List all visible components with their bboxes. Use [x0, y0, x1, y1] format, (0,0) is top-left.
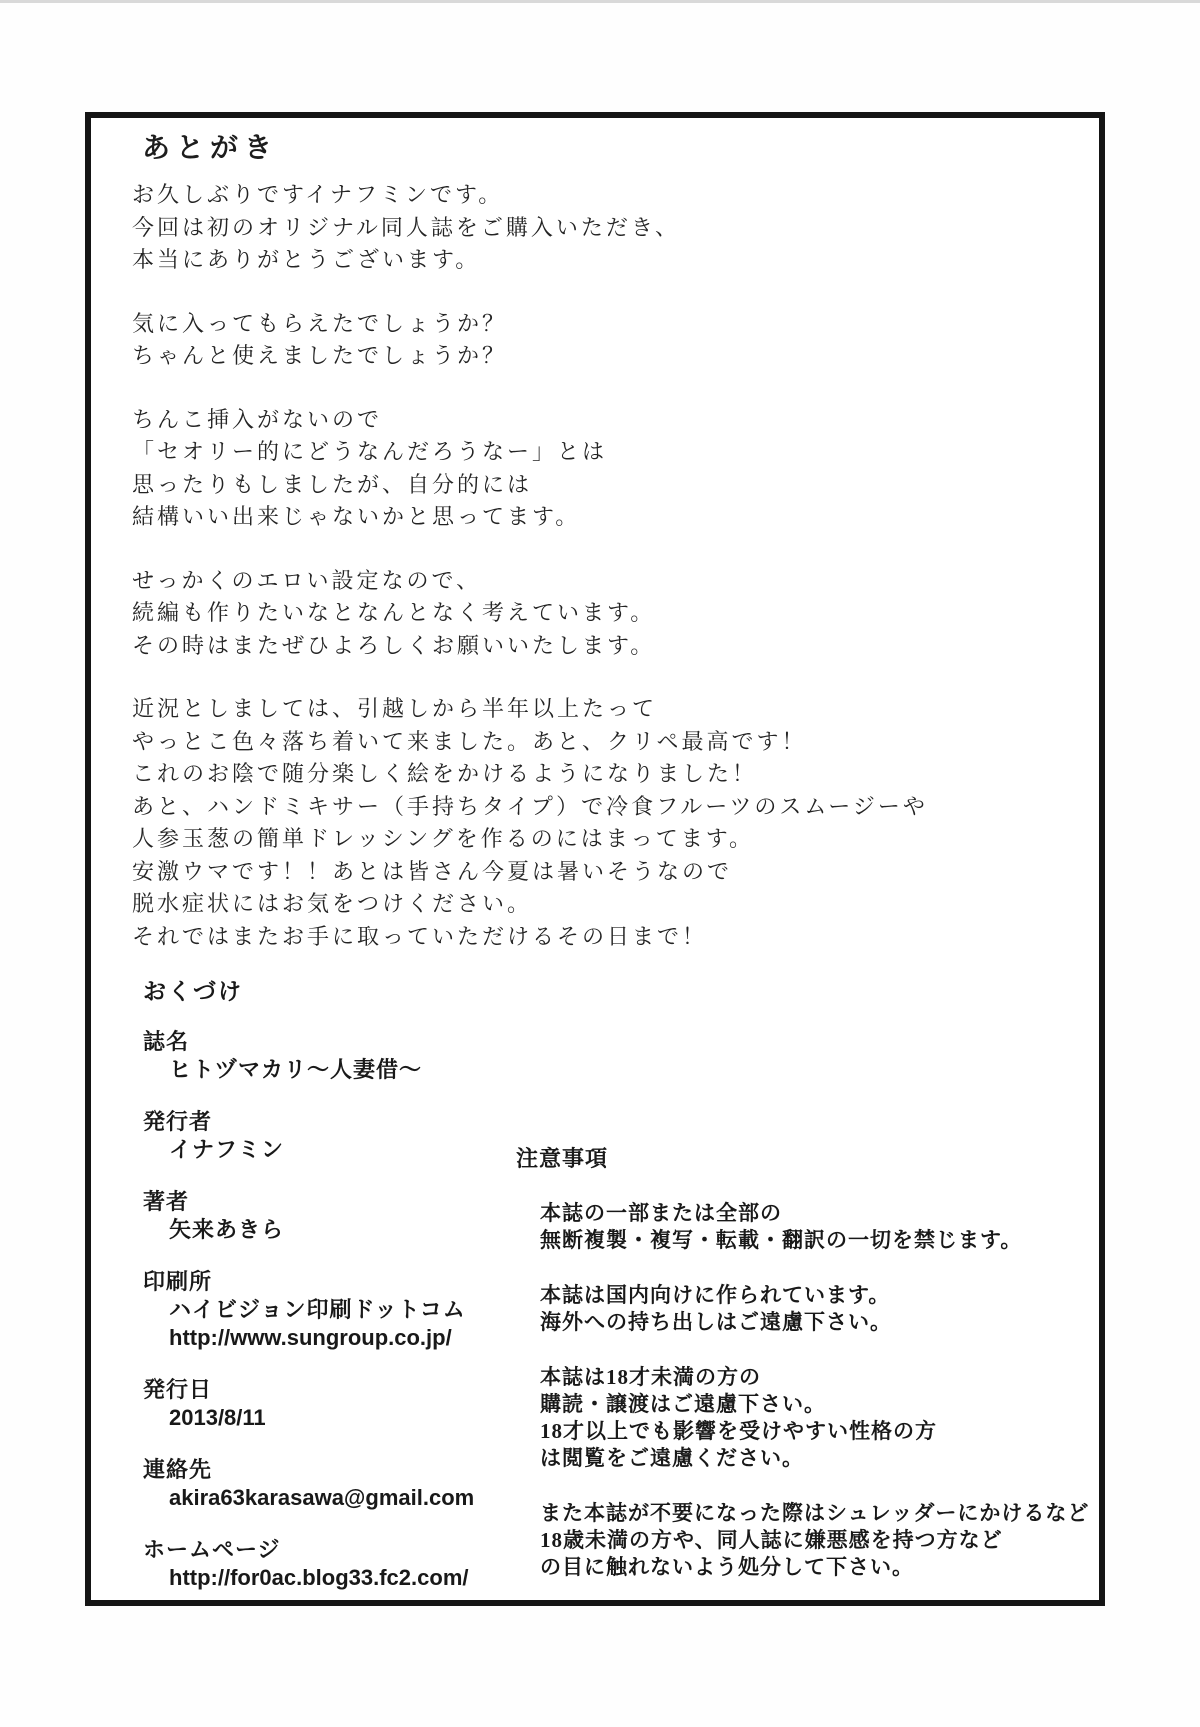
text-line: 海外への持ち出しはご遠慮下さい。	[540, 1309, 1089, 1336]
text-line: ちんこ挿入がないので	[132, 405, 928, 438]
text-line: 「セオリー的にどうなんだろうなー」とは	[132, 437, 928, 470]
paragraph: お久しぶりですイナフミンです。今回は初のオリジナル同人誌をご購入いただき、本当に…	[132, 180, 928, 278]
text-line: 近況としましては、引越しから半年以上たって	[132, 694, 928, 727]
colophon-entry: ホームページhttp://for0ac.blog33.fc2.com/	[143, 1536, 474, 1592]
text-line: 続編も作りたいなとなんとなく考えています。	[132, 598, 928, 631]
colophon-label: 著者	[143, 1188, 474, 1216]
colophon-value: ハイビジョン印刷ドットコム	[169, 1296, 474, 1324]
paragraph: 近況としましては、引越しから半年以上たってやっとこ色々落ち着いて来ました。あと、…	[132, 694, 928, 954]
colophon-label: ホームページ	[143, 1536, 474, 1564]
notices-body: 本誌の一部または全部の無断複製・複写・転載・翻訳の一切を禁じます。本誌は国内向け…	[516, 1200, 1089, 1581]
colophon-entry: 発行日2013/8/11	[143, 1376, 474, 1432]
notices-section: 注意事項 本誌の一部または全部の無断複製・複写・転載・翻訳の一切を禁じます。本誌…	[516, 1145, 1089, 1609]
colophon-label: 発行者	[143, 1108, 474, 1136]
colophon-entry: 連絡先akira63karasawa@gmail.com	[143, 1456, 474, 1512]
paragraph: ちんこ挿入がないので「セオリー的にどうなんだろうなー」とは思ったりもしましたが、…	[132, 405, 928, 535]
text-line: これのお陰で随分楽しく絵をかけるようになりました！	[132, 759, 928, 792]
text-line: ちゃんと使えましたでしょうか？	[132, 341, 928, 374]
text-line: 購読・譲渡はご遠慮下さい。	[540, 1391, 1089, 1418]
paragraph: 本誌の一部または全部の無断複製・複写・転載・翻訳の一切を禁じます。	[540, 1200, 1089, 1254]
text-line: 本当にありがとうございます。	[132, 245, 928, 278]
text-line: せっかくのエロい設定なので、	[132, 566, 928, 599]
paragraph: 本誌は国内向けに作られています。海外への持ち出しはご遠慮下さい。	[540, 1282, 1089, 1336]
text-line: の目に触れないよう処分して下さい。	[540, 1554, 1089, 1581]
paragraph: せっかくのエロい設定なので、続編も作りたいなとなんとなく考えています。その時はま…	[132, 566, 928, 664]
page-frame: あとがき お久しぶりですイナフミンです。今回は初のオリジナル同人誌をご購入いただ…	[85, 112, 1105, 1606]
text-line: 18才以上でも影響を受けやすい性格の方	[540, 1418, 1089, 1445]
text-line: 人参玉葱の簡単ドレッシングを作るのにはまってます。	[132, 824, 928, 857]
text-line: 本誌は18才未満の方の	[540, 1364, 1089, 1391]
text-line: 18歳未満の方や、同人誌に嫌悪感を持つ方など	[540, 1527, 1089, 1554]
colophon-section: おくづけ 誌名ヒトヅマカリ～人妻借～発行者イナフミン著者矢来あきら印刷所ハイビジ…	[138, 973, 474, 1616]
text-line: 安激ウマです！！あとは皆さん今夏は暑いそうなので	[132, 857, 928, 890]
afterword-body: お久しぶりですイナフミンです。今回は初のオリジナル同人誌をご購入いただき、本当に…	[132, 180, 928, 954]
text-line: 脱水症状にはお気をつけください。	[132, 889, 928, 922]
scanned-page: { "afterword": { "title": "あとがき", "parag…	[0, 0, 1200, 1727]
text-line: 思ったりもしましたが、自分的には	[132, 470, 928, 503]
colophon-label: 連絡先	[143, 1456, 474, 1484]
text-line: 今回は初のオリジナル同人誌をご購入いただき、	[132, 213, 928, 246]
colophon-value: akira63karasawa@gmail.com	[169, 1484, 474, 1512]
colophon-value: http://www.sungroup.co.jp/	[169, 1324, 474, 1352]
colophon-entry: 発行者イナフミン	[143, 1108, 474, 1164]
colophon-entries: 誌名ヒトヅマカリ～人妻借～発行者イナフミン著者矢来あきら印刷所ハイビジョン印刷ド…	[138, 1028, 474, 1592]
text-line: は閲覧をご遠慮ください。	[540, 1445, 1089, 1472]
colophon-entry: 印刷所ハイビジョン印刷ドットコムhttp://www.sungroup.co.j…	[143, 1268, 474, 1352]
paragraph: また本誌が不要になった際はシュレッダーにかけるなど18歳未満の方や、同人誌に嫌悪…	[540, 1500, 1089, 1581]
text-line: その時はまたぜひよろしくお願いいたします。	[132, 631, 928, 664]
colophon-entry: 誌名ヒトヅマカリ～人妻借～	[143, 1028, 474, 1084]
colophon-value: 矢来あきら	[169, 1216, 474, 1244]
afterword-title: あとがき	[142, 126, 928, 166]
colophon-label: 発行日	[143, 1376, 474, 1404]
colophon-entry: 著者矢来あきら	[143, 1188, 474, 1244]
scan-edge-artifact	[0, 0, 1200, 3]
paragraph: 本誌は18才未満の方の購読・譲渡はご遠慮下さい。18才以上でも影響を受けやすい性…	[540, 1364, 1089, 1472]
notices-title: 注意事項	[516, 1145, 1089, 1172]
text-line: それではまたお手に取っていただけるその日まで！	[132, 922, 928, 955]
text-line: 本誌は国内向けに作られています。	[540, 1282, 1089, 1309]
text-line: 気に入ってもらえたでしょうか？	[132, 309, 928, 342]
text-line: 無断複製・複写・転載・翻訳の一切を禁じます。	[540, 1227, 1089, 1254]
paragraph: 気に入ってもらえたでしょうか？ちゃんと使えましたでしょうか？	[132, 309, 928, 374]
colophon-title: おくづけ	[143, 973, 474, 1006]
colophon-label: 印刷所	[143, 1268, 474, 1296]
text-line: また本誌が不要になった際はシュレッダーにかけるなど	[540, 1500, 1089, 1527]
text-line: 結構いい出来じゃないかと思ってます。	[132, 502, 928, 535]
text-line: やっとこ色々落ち着いて来ました。あと、クリペ最高です！	[132, 727, 928, 760]
afterword-section: あとがき お久しぶりですイナフミンです。今回は初のオリジナル同人誌をご購入いただ…	[132, 126, 928, 985]
colophon-value: イナフミン	[169, 1136, 474, 1164]
colophon-value: 2013/8/11	[169, 1404, 474, 1432]
text-line: あと、ハンドミキサー（手持ちタイプ）で冷食フルーツのスムージーや	[132, 792, 928, 825]
colophon-value: ヒトヅマカリ～人妻借～	[169, 1056, 474, 1084]
colophon-value: http://for0ac.blog33.fc2.com/	[169, 1564, 474, 1592]
text-line: 本誌の一部または全部の	[540, 1200, 1089, 1227]
colophon-label: 誌名	[143, 1028, 474, 1056]
text-line: お久しぶりですイナフミンです。	[132, 180, 928, 213]
